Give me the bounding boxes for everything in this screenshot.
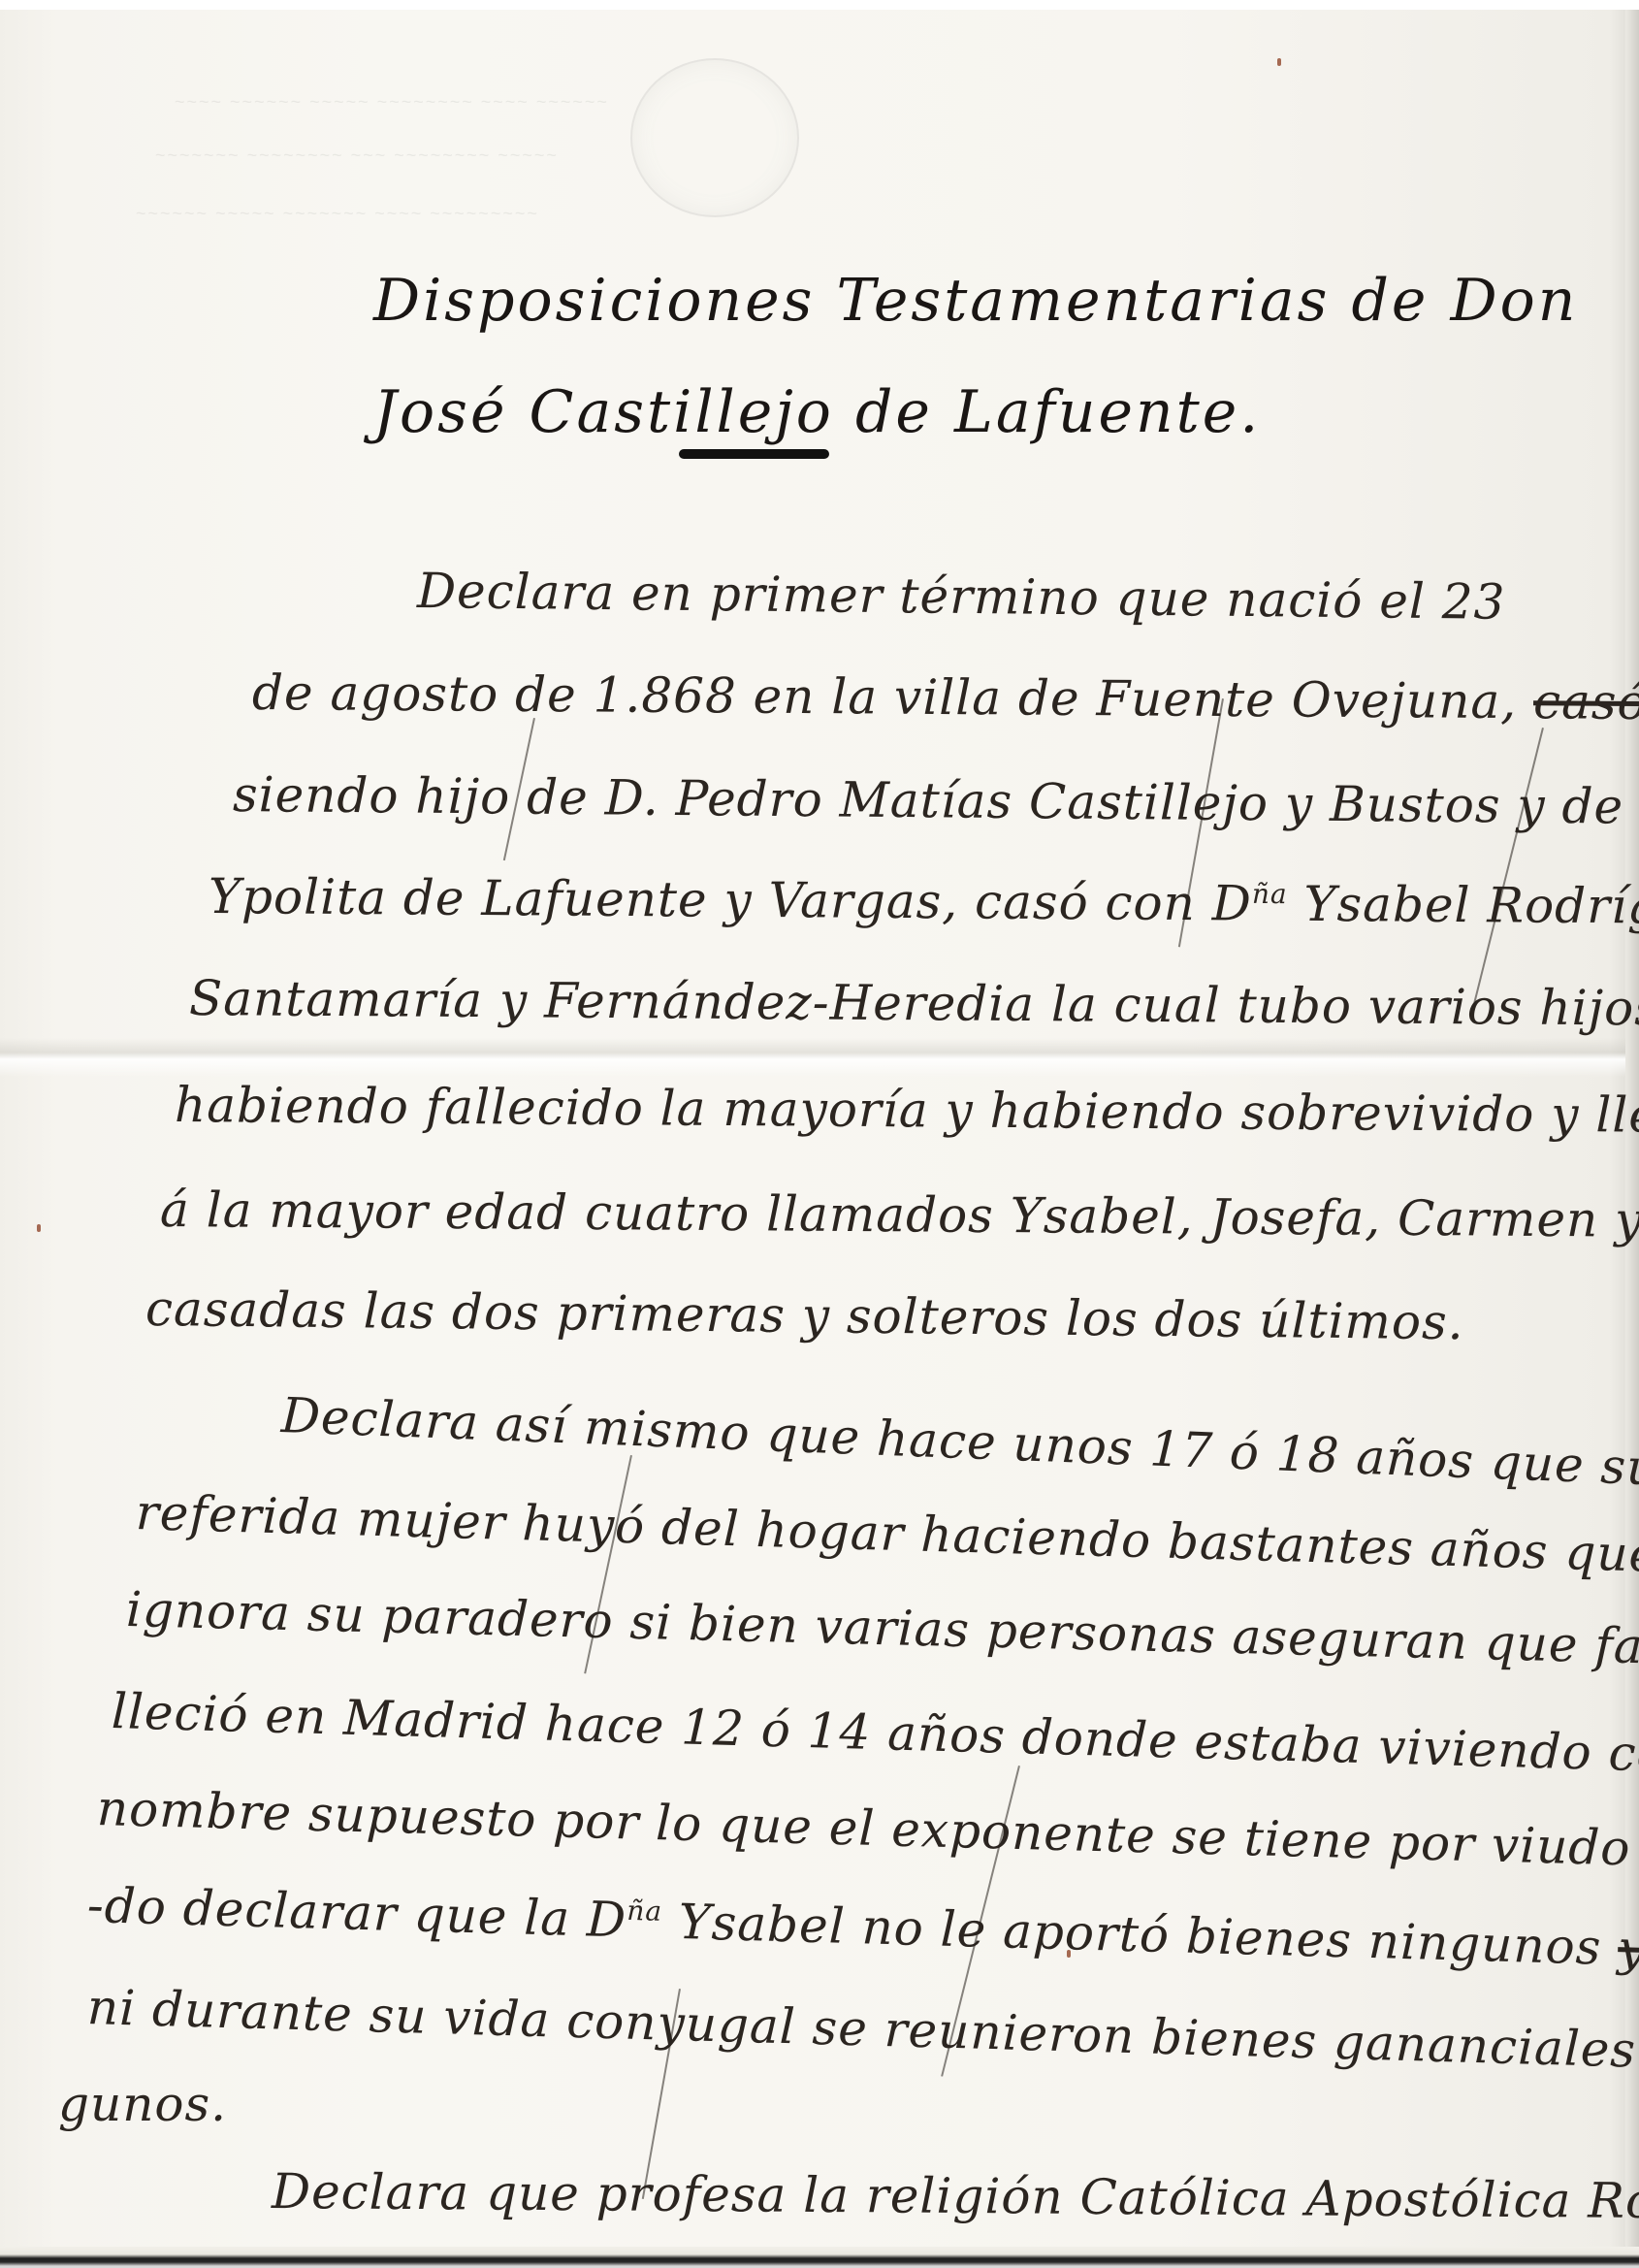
paragraph-1-line-6: habiendo fallecido la mayoría y habiendo…: [175, 1077, 1639, 1145]
abbr-superscript: ña: [1252, 878, 1288, 910]
abbr-superscript: ña: [627, 1895, 663, 1928]
scan-top-border: [0, 0, 1639, 10]
line-text: siendo hijo de D. Pedro Matías Castillej…: [233, 766, 1639, 835]
paragraph-1-line-3: siendo hijo de D. Pedro Matías Castillej…: [233, 766, 1639, 835]
bleed-through-text: ~~~~ ~~~~~~ ~~~~~ ~~~~~~~~ ~~~~ ~~~~~~: [175, 92, 609, 113]
paragraph-2-line-6: -do declarar que la Dña Ysabel no le apo…: [86, 1877, 1639, 1979]
paper-bottom-edge: [0, 2247, 1639, 2268]
pen-flourish: [1471, 728, 1544, 1011]
line-text: Ysabel Rodríguez: [1287, 876, 1639, 935]
struck-word: casó: [1533, 673, 1639, 730]
line-text: de agosto de 1.868 en la villa de Fuente…: [252, 664, 1518, 729]
title-line-1: Disposiciones Testamentarias de Don: [373, 267, 1578, 335]
paragraph-2-line-5: nombre supuesto por lo que el exponente …: [96, 1780, 1639, 1882]
line-text: -do declarar que la D: [86, 1877, 627, 1949]
title-underline: [679, 449, 829, 459]
struck-word: y du: [1617, 1920, 1639, 1979]
document-page: ~~~~ ~~~~~~ ~~~~~ ~~~~~~~~ ~~~~ ~~~~~~ ~…: [0, 0, 1639, 2268]
bleed-through-text: ~~~~~~ ~~~~~ ~~~~~~~ ~~~~ ~~~~~~~~~: [136, 204, 539, 224]
paragraph-2-line-7: ni durante su vida conyugal se reunieron…: [86, 1979, 1639, 2082]
paragraph-1-line-4: Ypolita de Lafuente y Vargas, casó con D…: [209, 868, 1639, 935]
paragraph-2-line-4: lleció en Madrid hace 12 ó 14 años donde…: [111, 1683, 1639, 1784]
paragraph-1-line-2: de agosto de 1.868 en la villa de Fuente…: [252, 664, 1639, 730]
paragraph-2-line-2: referida mujer huyó del hogar haciendo b…: [135, 1484, 1639, 1585]
paragraph-2-line-8: gunos.: [58, 2076, 227, 2132]
paragraph-1-line-5: Santamaría y Fernández-Heredia la cual t…: [189, 970, 1639, 1037]
paragraph-2-line-1: Declara así mismo que hace unos 17 ó 18 …: [280, 1387, 1639, 1497]
ink-stain: [37, 1224, 41, 1232]
paragraph-1-line-1: Declara en primer término que nació el 2…: [417, 563, 1506, 631]
paragraph-1-line-7: á la mayor edad cuatro llamados Ysabel, …: [160, 1182, 1639, 1249]
paragraph-1-line-8: casadas las dos primeras y solteros los …: [145, 1280, 1464, 1350]
line-text: Ysabel no le aportó bienes ningunos: [661, 1894, 1602, 1976]
ink-stain: [1277, 58, 1281, 66]
paragraph-3-line-1: Declara que profesa la religión Católica…: [272, 2163, 1639, 2229]
bleed-through-text: ~~~~~~~ ~~~~~~~~ ~~~ ~~~~~~~~ ~~~~~: [155, 146, 559, 166]
paragraph-2-line-3: ignora su paradero si bien varias person…: [125, 1581, 1639, 1675]
title-line-2: José Castillejo de Lafuente.: [373, 378, 1261, 446]
faint-seal-stamp: [630, 58, 799, 217]
line-text: Ypolita de Lafuente y Vargas, casó con D: [209, 868, 1252, 932]
